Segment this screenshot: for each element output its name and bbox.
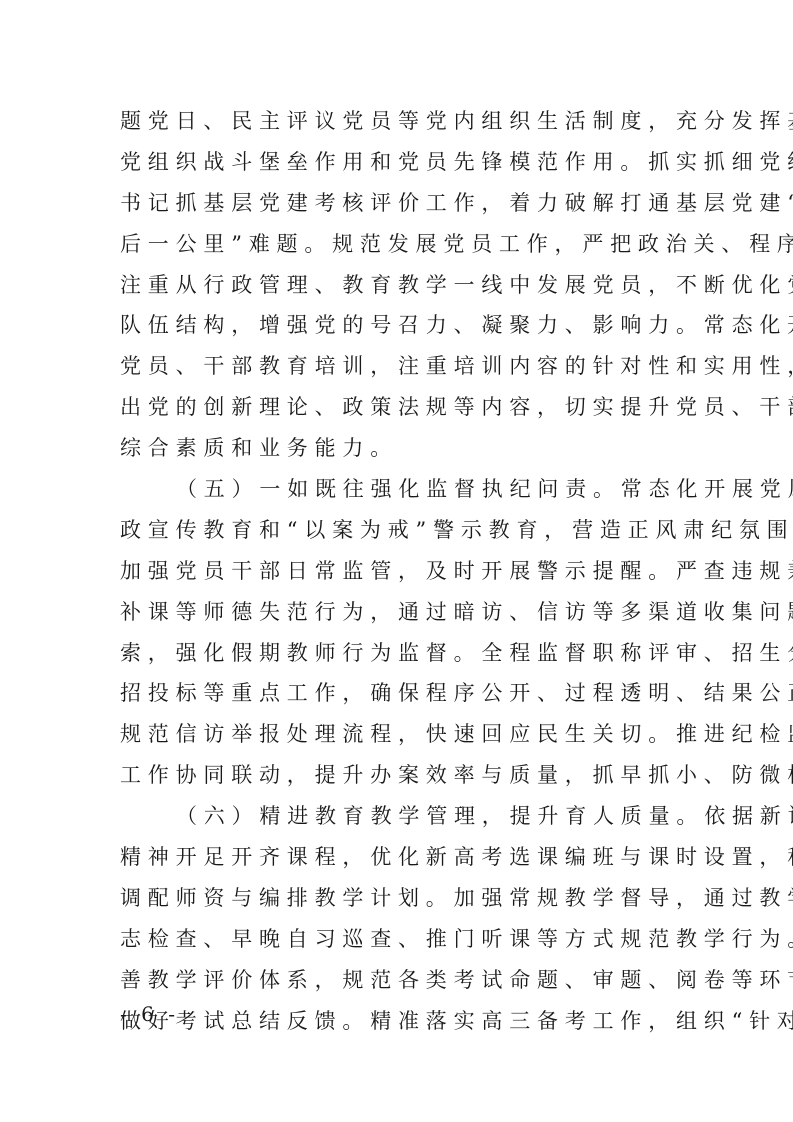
text-line: 工作协同联动，提升办案效率与质量，抓早抓小、防微杜渐。 <box>120 755 680 796</box>
text-line: 志检查、早晚自习巡查、推门听课等方式规范教学行为。完 <box>120 919 680 960</box>
text-line: 善教学评价体系，规范各类考试命题、审题、阅卷等环节， <box>120 960 680 1001</box>
text-line: 党员、干部教育培训，注重培训内容的针对性和实用性，突 <box>120 346 680 387</box>
document-page: 题党日、民主评议党员等党内组织生活制度，充分发挥基层 党组织战斗堡垒作用和党员先… <box>0 0 793 1122</box>
section-heading-line: （六）精进教育教学管理，提升育人质量。依据新课改 <box>120 796 680 837</box>
text-line: 书记抓基层党建考核评价工作，着力破解打通基层党建“最 <box>120 183 680 224</box>
text-line: 题党日、民主评议党员等党内组织生活制度，充分发挥基层 <box>120 101 680 142</box>
text-line: 出党的创新理论、政策法规等内容，切实提升党员、干部的 <box>120 387 680 428</box>
text-line: 综合素质和业务能力。 <box>120 428 680 469</box>
text-line: 注重从行政管理、教育教学一线中发展党员，不断优化党员 <box>120 265 680 306</box>
text-line: 加强党员干部日常监管，及时开展警示提醒。严查违规兼职 <box>120 551 680 592</box>
text-line: 招投标等重点工作，确保程序公开、过程透明、结果公正。 <box>120 673 680 714</box>
text-line: 补课等师德失范行为，通过暗访、信访等多渠道收集问题线 <box>120 592 680 633</box>
text-line: 党组织战斗堡垒作用和党员先锋模范作用。抓实抓细党组织 <box>120 142 680 183</box>
text-line: 规范信访举报处理流程，快速回应民生关切。推进纪检监察 <box>120 714 680 755</box>
text-line: 后一公里”难题。规范发展党员工作，严把政治关、程序关， <box>120 224 680 265</box>
text-line: 政宣传教育和“以案为戒”警示教育，营造正风肃纪氛围。 <box>120 510 680 551</box>
body-text: 题党日、民主评议党员等党内组织生活制度，充分发挥基层 党组织战斗堡垒作用和党员先… <box>120 101 680 1041</box>
text-line: 索，强化假期教师行为监督。全程监督职称评审、招生分班、 <box>120 633 680 674</box>
text-line: 队伍结构，增强党的号召力、凝聚力、影响力。常态化开展 <box>120 305 680 346</box>
page-number: - 6 - <box>120 1002 179 1026</box>
section-heading-line: （五）一如既往强化监督执纪问责。常态化开展党风廉 <box>120 469 680 510</box>
text-line: 调配师资与编排教学计划。加强常规教学督导，通过教学日 <box>120 878 680 919</box>
text-line: 做好考试总结反馈。精准落实高三备考工作，组织“针对性 <box>120 1001 680 1042</box>
text-line: 精神开足开齐课程，优化新高考选课编班与课时设置，科学 <box>120 837 680 878</box>
